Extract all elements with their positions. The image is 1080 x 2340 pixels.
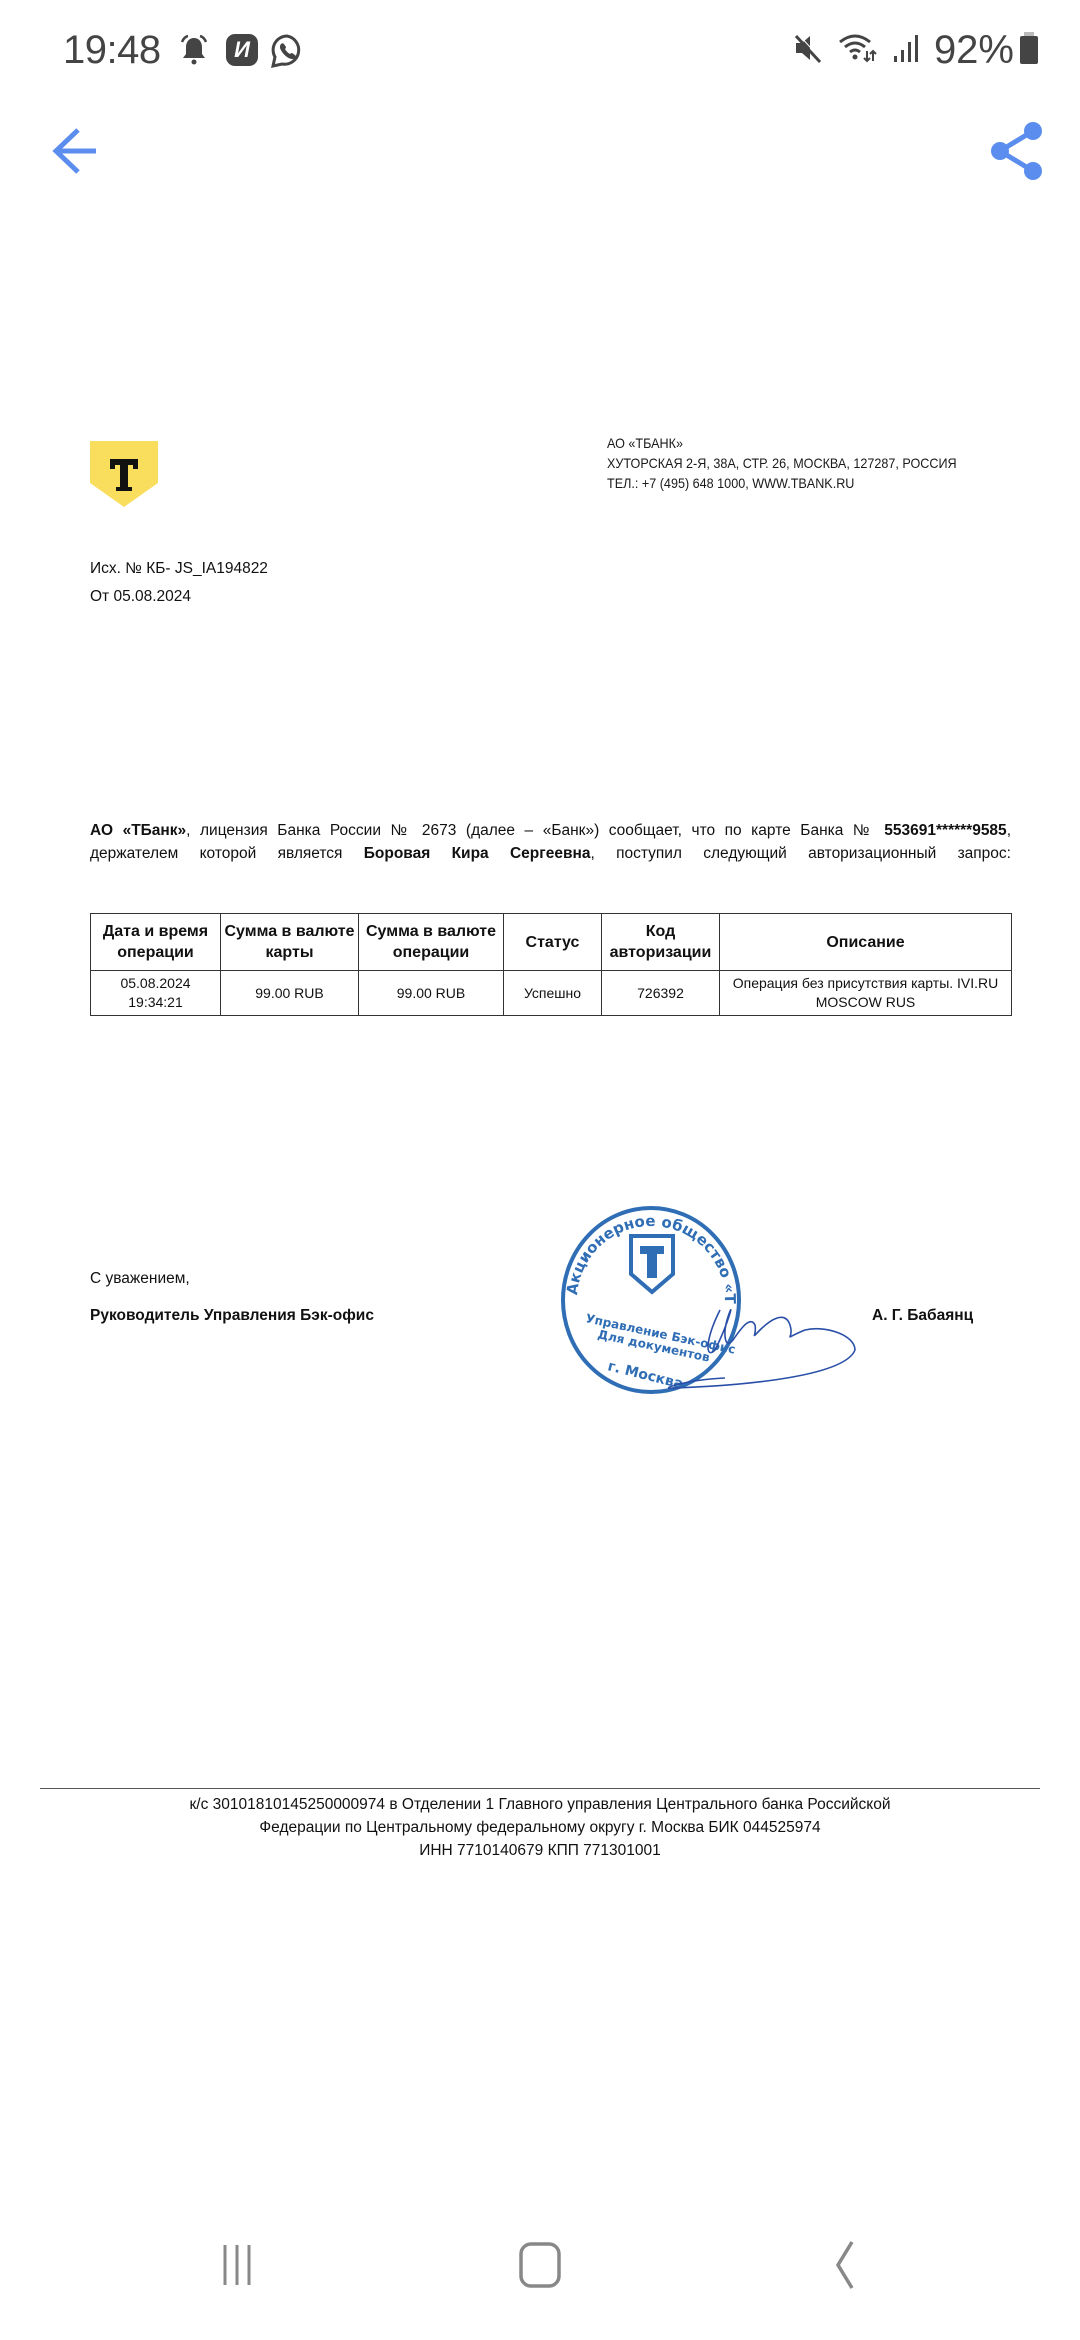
th-amount-card-line: Сумма в валюте	[223, 921, 356, 942]
share-icon	[980, 118, 1050, 184]
cell-description-text: Операция без присутствия карты. IVI.RU	[722, 974, 1009, 993]
th-auth-code: Кодавторизации	[602, 914, 720, 971]
official-stamp: Акционерное общество «ТБанк» Управление …	[555, 1200, 895, 1415]
battery-icon	[1018, 31, 1040, 70]
cell-amount-card: 99.00 RUB	[221, 971, 359, 1016]
status-right: 92%	[792, 28, 1040, 73]
notice-paragraph: АО «ТБанк», лицензия Банка России № 2673…	[90, 819, 1011, 865]
th-description: Описание	[720, 914, 1012, 971]
app-i-letter: И	[234, 37, 250, 62]
footer-divider	[40, 1788, 1040, 1789]
cell-amount-operation-text: 99.00 RUB	[361, 984, 501, 1003]
table-row: 05.08.202419:34:2199.00 RUB99.00 RUBУспе…	[91, 971, 1012, 1016]
table-body: 05.08.202419:34:2199.00 RUB99.00 RUBУспе…	[91, 971, 1012, 1016]
body-text-2: ,	[1007, 822, 1011, 839]
signal-icon	[892, 32, 920, 69]
cell-amount-card-text: 99.00 RUB	[223, 984, 356, 1003]
alarm-bell-icon	[176, 33, 212, 74]
cell-status-text: Успешно	[506, 984, 599, 1003]
sender-name: АО «ТБАНК»	[607, 433, 957, 453]
th-auth-code-line: авторизации	[604, 942, 717, 963]
whatsapp-icon	[268, 32, 306, 75]
th-amount-operation: Сумма в валютеоперации	[359, 914, 504, 971]
mute-icon	[792, 32, 824, 69]
card-number: 553691******9585	[884, 822, 1006, 839]
th-status: Статус	[504, 914, 602, 971]
th-description-line: Описание	[722, 932, 1009, 953]
body-text-1: , лицензия Банка России № 2673 (далее – …	[186, 822, 884, 839]
signer-position: Руководитель Управления Бэк-офис	[90, 1307, 374, 1325]
footer-requisites: к/с 30101810145250000974 в Отделении 1 Г…	[40, 1793, 1040, 1862]
wifi-icon	[838, 32, 878, 69]
closing-regards: С уважением,	[90, 1270, 190, 1288]
arrow-left-icon	[40, 122, 104, 180]
cell-datetime-text: 19:34:21	[93, 993, 218, 1012]
th-datetime-line: операции	[93, 942, 218, 963]
footer-line-1: к/с 30101810145250000974 в Отделении 1 Г…	[40, 1793, 1040, 1816]
cell-status: Успешно	[504, 971, 602, 1016]
th-amount-operation-line: операции	[361, 942, 501, 963]
body-text-4: , поступил следующий авторизационный зап…	[590, 845, 1011, 862]
bank-name: АО «ТБанк»	[90, 822, 186, 839]
sender-contacts: ТЕЛ.: +7 (495) 648 1000, WWW.TBANK.RU	[607, 473, 957, 493]
cell-auth-code-text: 726392	[604, 984, 717, 1003]
nav-back-button[interactable]	[800, 2230, 890, 2300]
ref-date: От 05.08.2024	[90, 588, 191, 606]
tbank-logo	[90, 441, 158, 512]
recents-icon	[195, 2230, 285, 2300]
back-button[interactable]	[40, 122, 104, 180]
cell-description: Операция без присутствия карты. IVI.RUMO…	[720, 971, 1012, 1016]
th-auth-code-line: Код	[604, 921, 717, 942]
home-button[interactable]	[495, 2230, 585, 2300]
status-time: 19:48	[63, 28, 161, 73]
th-amount-operation-line: Сумма в валюте	[361, 921, 501, 942]
recents-button[interactable]	[195, 2230, 285, 2300]
th-status-line: Статус	[506, 932, 599, 953]
body-text-3: держателем которой является	[90, 845, 364, 862]
table-header-row: Дата и времяоперацииСумма в валютекартыС…	[91, 914, 1012, 971]
footer-line-2: Федерации по Центральному федеральному о…	[40, 1816, 1040, 1839]
share-button[interactable]	[980, 118, 1050, 184]
sender-address: АО «ТБАНК» ХУТОРСКАЯ 2-Я, 38А, СТР. 26, …	[607, 433, 996, 493]
app-i-icon: И	[226, 34, 258, 66]
operations-table: Дата и времяоперацииСумма в валютекартыС…	[90, 913, 1012, 1016]
cell-auth-code: 726392	[602, 971, 720, 1016]
th-amount-card: Сумма в валютекарты	[221, 914, 359, 971]
battery-percent: 92%	[934, 28, 1014, 73]
cell-datetime: 05.08.202419:34:21	[91, 971, 221, 1016]
th-datetime-line: Дата и время	[93, 921, 218, 942]
sender-street: ХУТОРСКАЯ 2-Я, 38А, СТР. 26, МОСКВА, 127…	[607, 453, 957, 473]
cell-datetime-text: 05.08.2024	[93, 974, 218, 993]
cell-amount-operation: 99.00 RUB	[359, 971, 504, 1016]
home-icon	[495, 2230, 585, 2300]
ref-number: Исх. № КБ- JS_IA194822	[90, 560, 268, 578]
th-amount-card-line: карты	[223, 942, 356, 963]
holder-name: Боровая Кира Сергеевна	[364, 845, 591, 862]
cell-description-text: MOSCOW RUS	[722, 993, 1009, 1012]
back-chevron-icon	[800, 2230, 890, 2300]
footer-line-3: ИНН 7710140679 КПП 771301001	[40, 1839, 1040, 1862]
th-datetime: Дата и времяоперации	[91, 914, 221, 971]
